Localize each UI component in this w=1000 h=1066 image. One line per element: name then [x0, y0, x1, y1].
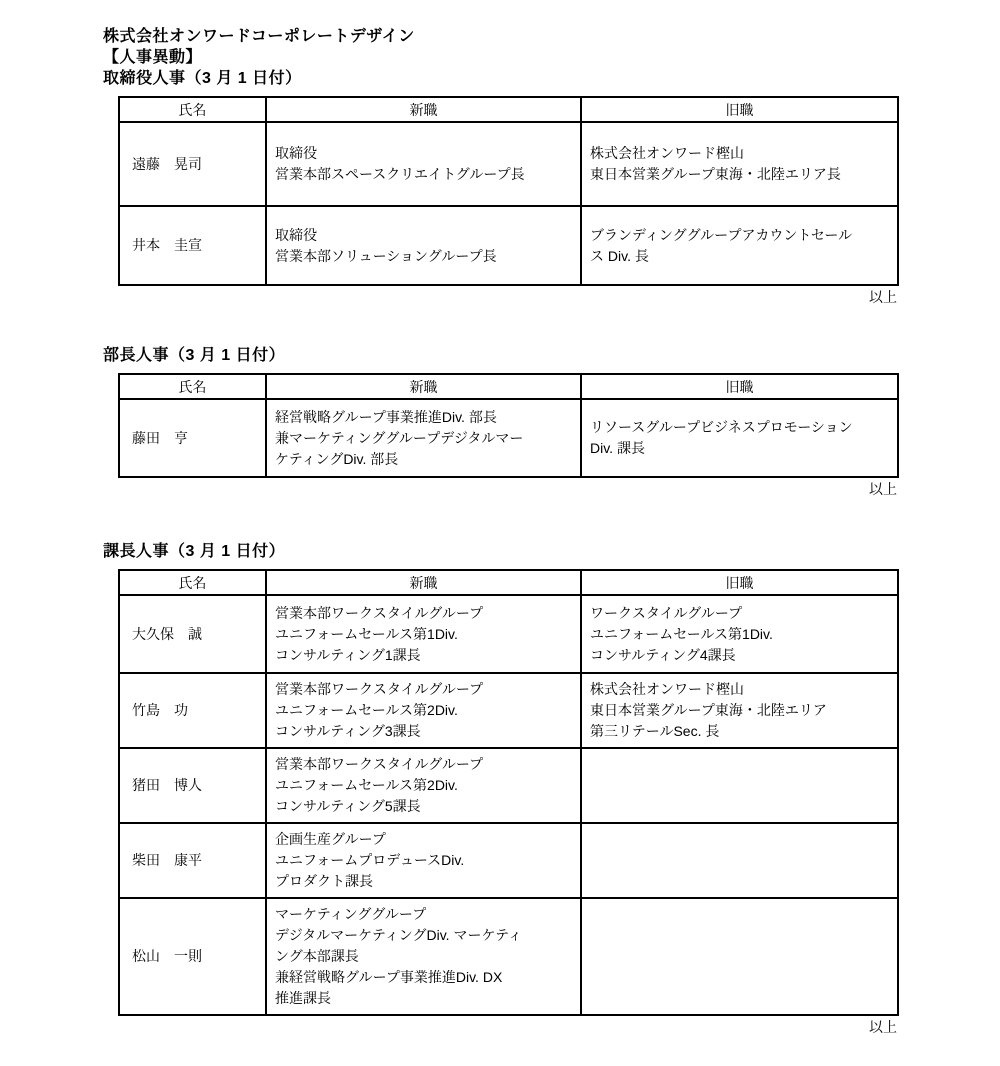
old-position-cell: リソースグループビジネスプロモーション Div. 課長: [581, 399, 898, 477]
table-row: 藤田 亨 経営戦略グループ事業推進Div. 部長 兼マーケティンググループデジタ…: [119, 399, 898, 477]
announcement-type-label: 【人事異動】: [103, 47, 1000, 68]
personnel-table-directors: 氏名 新職 旧職 遠藤 晃司 取締役 営業本部スペースクリエイトグループ長 株式…: [118, 96, 899, 286]
column-header-new-position: 新職: [266, 374, 581, 399]
table-row: 大久保 誠 営業本部ワークスタイルグループ ユニフォームセールス第1Div. コ…: [119, 595, 898, 673]
section-heading: 課長人事（3 月 1 日付）: [103, 541, 1000, 562]
personnel-table-section-chiefs: 氏名 新職 旧職 大久保 誠 営業本部ワークスタイルグループ ユニフォームセール…: [118, 569, 899, 1016]
section-heading: 部長人事（3 月 1 日付）: [103, 345, 1000, 366]
old-position-cell: [581, 898, 898, 1015]
table-row: 松山 一則 マーケティンググループ デジタルマーケティングDiv. マーケティ …: [119, 898, 898, 1015]
column-header-name: 氏名: [119, 374, 266, 399]
old-position-cell: ブランディンググループアカウントセール ス Div. 長: [581, 206, 898, 285]
name-cell: 柴田 康平: [119, 823, 266, 898]
old-position-cell: [581, 748, 898, 823]
column-header-old-position: 旧職: [581, 97, 898, 122]
column-header-name: 氏名: [119, 570, 266, 595]
old-position-cell: ワークスタイルグループ ユニフォームセールス第1Div. コンサルティング4課長: [581, 595, 898, 673]
section-heading: 取締役人事（3 月 1 日付）: [103, 68, 1000, 89]
table-row: 猪田 博人 営業本部ワークスタイルグループ ユニフォームセールス第2Div. コ…: [119, 748, 898, 823]
name-cell: 松山 一則: [119, 898, 266, 1015]
column-header-new-position: 新職: [266, 570, 581, 595]
name-cell: 竹島 功: [119, 673, 266, 748]
name-cell: 大久保 誠: [119, 595, 266, 673]
table-header-row: 氏名 新職 旧職: [119, 374, 898, 399]
new-position-cell: 取締役 営業本部スペースクリエイトグループ長: [266, 122, 581, 206]
column-header-old-position: 旧職: [581, 374, 898, 399]
name-cell: 井本 圭宣: [119, 206, 266, 285]
new-position-cell: 営業本部ワークスタイルグループ ユニフォームセールス第2Div. コンサルティン…: [266, 673, 581, 748]
personnel-announcement-document: 株式会社オンワードコーポレートデザイン 【人事異動】 取締役人事（3 月 1 日…: [0, 0, 1000, 1066]
new-position-cell: マーケティンググループ デジタルマーケティングDiv. マーケティ ング本部課長…: [266, 898, 581, 1015]
column-header-name: 氏名: [119, 97, 266, 122]
table-header-row: 氏名 新職 旧職: [119, 570, 898, 595]
section-department-heads: 部長人事（3 月 1 日付） 氏名 新職 旧職 藤田 亨 経営戦略グループ事業推…: [103, 345, 1000, 499]
new-position-cell: 取締役 営業本部ソリューショングループ長: [266, 206, 581, 285]
table-row: 井本 圭宣 取締役 営業本部ソリューショングループ長 ブランディンググループアカ…: [119, 206, 898, 285]
new-position-cell: 企画生産グループ ユニフォームプロデュースDiv. プロダクト課長: [266, 823, 581, 898]
column-header-old-position: 旧職: [581, 570, 898, 595]
closing-label: 以上: [103, 480, 897, 499]
table-row: 遠藤 晃司 取締役 営業本部スペースクリエイトグループ長 株式会社オンワード樫山…: [119, 122, 898, 206]
old-position-cell: 株式会社オンワード樫山 東日本営業グループ東海・北陸エリア長: [581, 122, 898, 206]
personnel-table-department-heads: 氏名 新職 旧職 藤田 亨 経営戦略グループ事業推進Div. 部長 兼マーケティ…: [118, 373, 899, 478]
name-cell: 猪田 博人: [119, 748, 266, 823]
closing-label: 以上: [103, 288, 897, 307]
new-position-cell: 営業本部ワークスタイルグループ ユニフォームセールス第1Div. コンサルティン…: [266, 595, 581, 673]
section-section-chiefs: 課長人事（3 月 1 日付） 氏名 新職 旧職 大久保 誠 営業本部ワークスタイ…: [103, 541, 1000, 1037]
company-name: 株式会社オンワードコーポレートデザイン: [103, 26, 1000, 47]
closing-label: 以上: [103, 1018, 897, 1037]
table-header-row: 氏名 新職 旧職: [119, 97, 898, 122]
table-row: 柴田 康平 企画生産グループ ユニフォームプロデュースDiv. プロダクト課長: [119, 823, 898, 898]
column-header-new-position: 新職: [266, 97, 581, 122]
section-directors: 取締役人事（3 月 1 日付） 氏名 新職 旧職 遠藤 晃司 取締役 営業本部ス…: [103, 68, 1000, 307]
table-row: 竹島 功 営業本部ワークスタイルグループ ユニフォームセールス第2Div. コン…: [119, 673, 898, 748]
old-position-cell: 株式会社オンワード樫山 東日本営業グループ東海・北陸エリア 第三リテールSec.…: [581, 673, 898, 748]
new-position-cell: 営業本部ワークスタイルグループ ユニフォームセールス第2Div. コンサルティン…: [266, 748, 581, 823]
name-cell: 藤田 亨: [119, 399, 266, 477]
new-position-cell: 経営戦略グループ事業推進Div. 部長 兼マーケティンググループデジタルマー ケ…: [266, 399, 581, 477]
name-cell: 遠藤 晃司: [119, 122, 266, 206]
old-position-cell: [581, 823, 898, 898]
